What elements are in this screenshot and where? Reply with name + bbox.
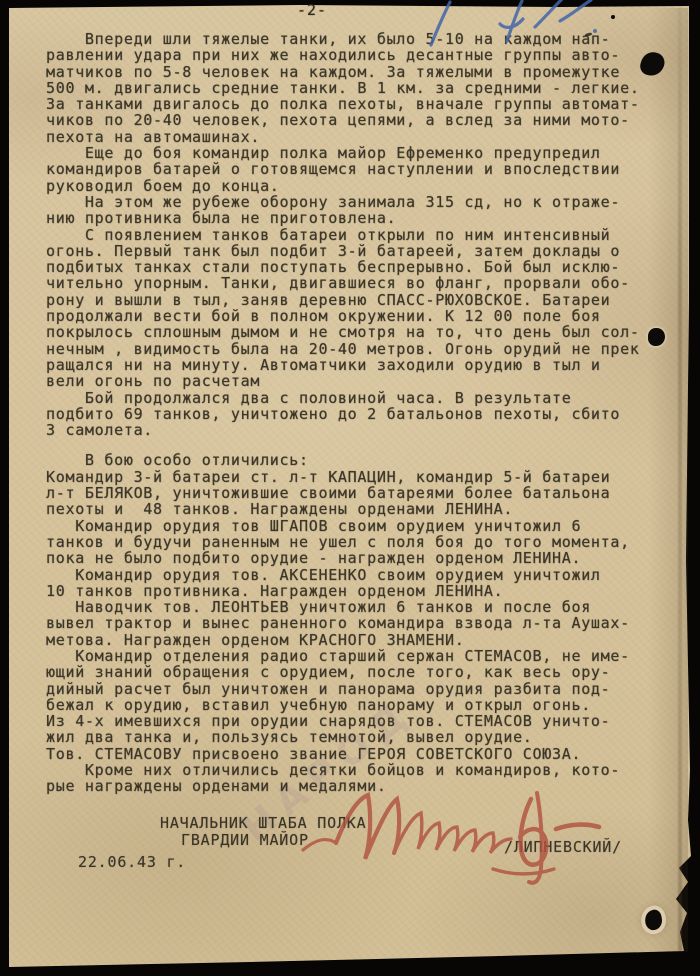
- paragraph: Бой продолжался два с половиной часа. В …: [46, 390, 686, 439]
- paragraph: Командир отделения радио старший сержан …: [46, 648, 686, 746]
- text-line: В бою особо отличились:: [46, 452, 686, 468]
- text-line: вели огонь по расчетам: [46, 373, 686, 389]
- text-line: ющий знаний обращения с орудием, после т…: [46, 664, 686, 680]
- text-line: подбито 69 танков, уничтожено до 2 батал…: [46, 406, 686, 422]
- text-line: пока не было подбито орудие - награжден …: [46, 550, 686, 566]
- document-date: 22.06.43 г.: [78, 853, 186, 871]
- paragraph: С появлением танков батареи открыли по н…: [46, 227, 686, 390]
- paragraph: Наводчик тов. ЛЕОНТЬЕВ уничтожил 6 танко…: [46, 599, 686, 648]
- text-line: чиков по 20-40 человек, пехота цепями, а…: [46, 112, 686, 128]
- paragraph: Еще до боя командир полка майор Ефременк…: [46, 145, 686, 194]
- text-line: На этом же рубеже оборону занимала 315 с…: [46, 194, 686, 210]
- text-line: бежал к орудию, вставил учебную панораму…: [46, 697, 686, 713]
- paragraph: Командир орудия тов ШГАПОВ своим орудием…: [46, 518, 686, 567]
- text-line: пехоты и 48 танков. Награждены орденами …: [46, 501, 686, 517]
- paragraph: В бою особо отличились:: [46, 452, 686, 468]
- text-line: С появлением танков батареи открыли по н…: [46, 227, 686, 243]
- text-line: танков и будучи раненным не ушел с поля …: [46, 534, 686, 550]
- text-line: подбитых танках стали поступать беспреры…: [46, 259, 686, 275]
- text-line: продолжали вести бой в полном окружении.…: [46, 308, 686, 324]
- text-line: л-т БЕЛЯКОВ, уничтожившие своими батарея…: [46, 485, 686, 501]
- text-line: дийный расчет был уничтожен и панорама о…: [46, 681, 686, 697]
- paragraph: Командир 3-й батареи ст. л-т КАПАЦИН, ко…: [46, 469, 686, 518]
- text-line: Командир орудия тов. АКСЕНЕНКО своим ору…: [46, 567, 686, 583]
- scanned-document-page: { "page": { "number": "-2-", "handwritte…: [0, 0, 700, 976]
- signature-title-line2: ГВАРДИИ МАЙОР: [181, 831, 309, 849]
- paragraph: На этом же рубеже оборону занимала 315 с…: [46, 194, 686, 227]
- text-line: ращался ни на минуту. Автоматчики заходи…: [46, 357, 686, 373]
- text-line: Командир отделения радио старший сержан …: [46, 648, 686, 664]
- text-line: нечным , видимость была на 20-40 метров.…: [46, 341, 686, 357]
- text-line: 10 танков противника. Награжден орденом …: [46, 583, 686, 599]
- paragraph: Тов. СТЕМАСОВУ присвоено звание ГЕРОЯ СО…: [46, 746, 686, 762]
- text-line: огонь. Первый танк был подбит 3-й батаре…: [46, 243, 686, 259]
- text-line: чительно упорным. Танки, двигавшиеся во …: [46, 275, 686, 291]
- text-line: Наводчик тов. ЛЕОНТЬЕВ уничтожил 6 танко…: [46, 599, 686, 615]
- text-line: рону и вышли в тыл, заняв деревню СПАСС-…: [46, 292, 686, 308]
- text-line: метова. Награжден орденом КРАСНОГО ЗНАМЕ…: [46, 632, 686, 648]
- page-number: -2-: [297, 1, 327, 19]
- paragraph: Командир орудия тов. АКСЕНЕНКО своим ору…: [46, 567, 686, 600]
- text-line: нию противника была не приготовлена.: [46, 210, 686, 226]
- document-body: Впереди шли тяжелые танки, их было 5-10 …: [46, 31, 686, 795]
- text-line: Бой продолжался два с половиной часа. В …: [46, 390, 686, 406]
- text-line: 3 самолета.: [46, 422, 686, 438]
- text-line: жил два танка и, пользуясь темнотой, выв…: [46, 729, 686, 745]
- paragraph: Кроме них отличились десятки бойцов и ко…: [46, 762, 686, 795]
- text-line: покрылось сплошным дымом и не смотря на …: [46, 324, 686, 340]
- text-line: руководил боем до конца.: [46, 178, 686, 194]
- text-line: рые награждены орденами и медалями.: [46, 778, 686, 794]
- text-line: Еще до боя командир полка майор Ефременк…: [46, 145, 686, 161]
- text-line: Командир орудия тов ШГАПОВ своим орудием…: [46, 518, 686, 534]
- ink-speck: [611, 15, 615, 19]
- text-line: Кроме них отличились десятки бойцов и ко…: [46, 762, 686, 778]
- text-line: матчиков по 5-8 человек на каждом. За тя…: [46, 64, 686, 80]
- text-line: Тов. СТЕМАСОВУ присвоено звание ГЕРОЯ СО…: [46, 746, 686, 762]
- text-line: 500 м. двигались средние танки. В 1 км. …: [46, 80, 686, 96]
- text-line: командиров батарей о готовящемся наступл…: [46, 161, 686, 177]
- text-line: пехота на автомашинах.: [46, 129, 686, 145]
- text-line: Командир 3-й батареи ст. л-т КАПАЦИН, ко…: [46, 469, 686, 485]
- text-line: За танками двигалось до полка пехоты, вн…: [46, 96, 686, 112]
- signature-typed-name: /ЛИПНЕВСКИЙ/: [504, 838, 622, 856]
- text-line: равлении удара при них же находились дес…: [46, 47, 686, 63]
- paragraph: Впереди шли тяжелые танки, их было 5-10 …: [46, 31, 686, 145]
- text-line: вывел трактор и вынес раненного командир…: [46, 615, 686, 631]
- signature-title-line1: НАЧАЛЬНИК ШТАБА ПОЛКА: [160, 814, 366, 832]
